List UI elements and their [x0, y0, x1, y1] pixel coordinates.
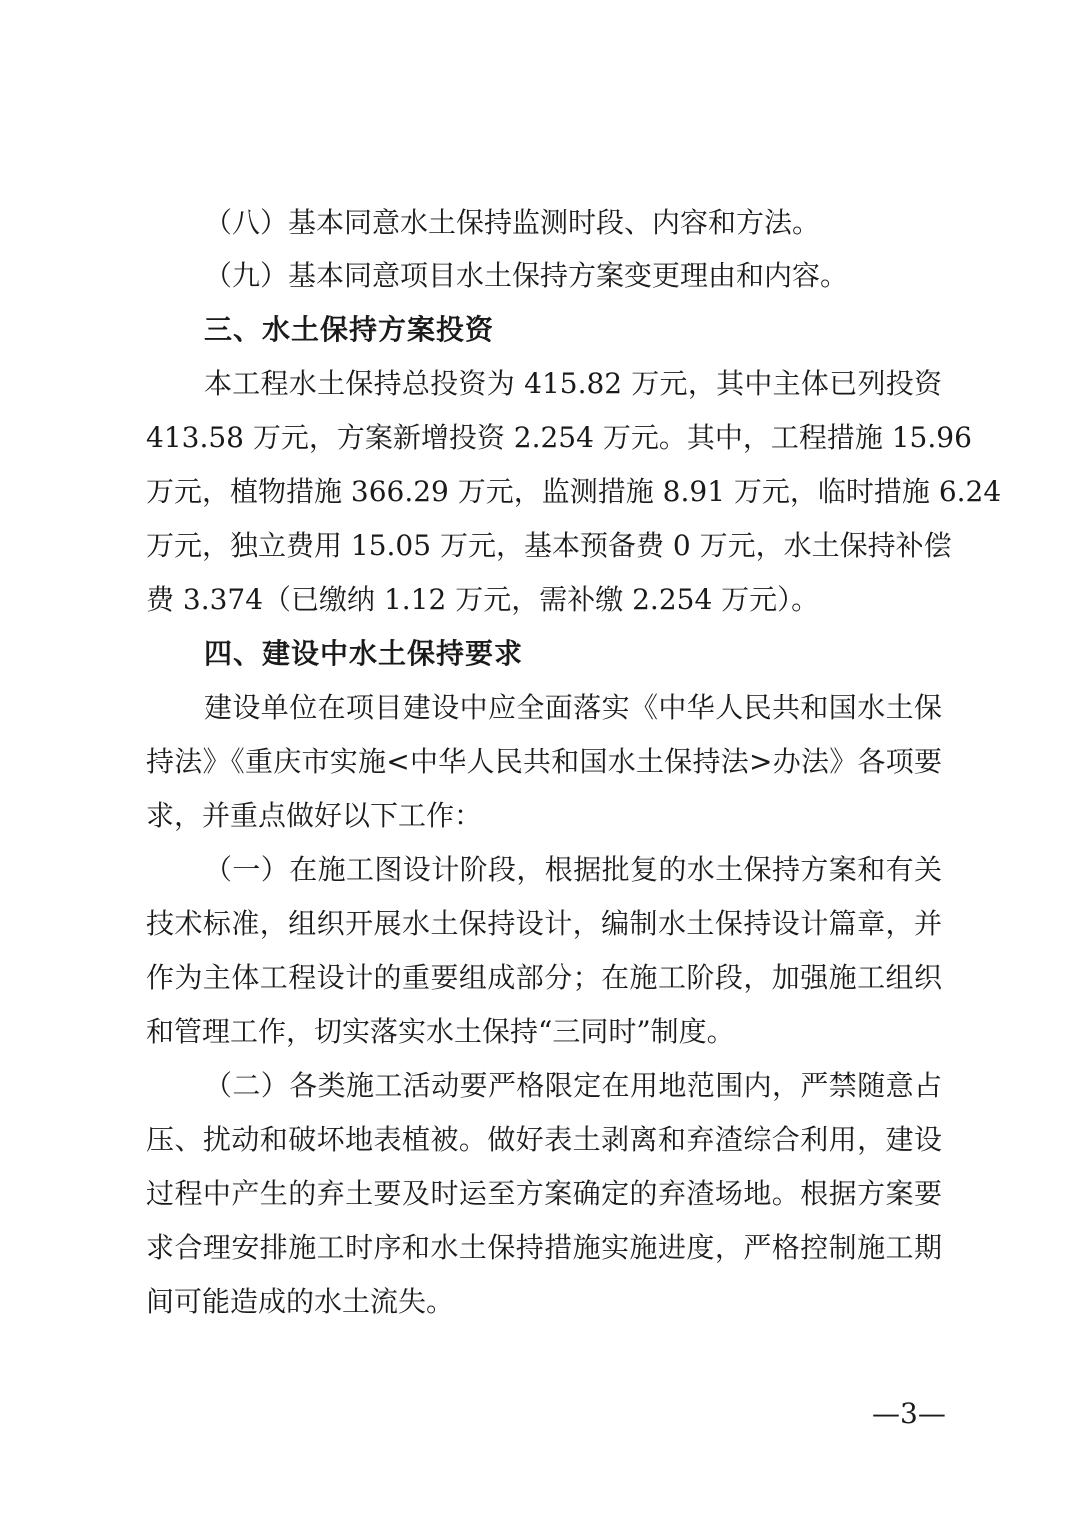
requirement-one-line: 作为主体工程设计的重要组成部分；在施工阶段，加强施工组织: [146, 958, 942, 998]
requirements-intro-line: 持法》《重庆市实施<中华人民共和国水土保持法>办法》各项要: [146, 742, 942, 782]
requirement-two-line: 过程中产生的弃土要及时运至方案确定的弃渣场地。根据方案要: [146, 1174, 942, 1214]
requirement-one-line: 技术标准，组织开展水土保持设计，编制水土保持设计篇章，并: [146, 904, 942, 944]
requirements-intro-line: 建设单位在项目建设中应全面落实《中华人民共和国水土保: [204, 688, 942, 728]
investment-paragraph-line: 本工程水土保持总投资为 415.82 万元，其中主体已列投资: [204, 364, 942, 404]
section-three-heading: 三、水土保持方案投资: [204, 310, 494, 350]
requirement-one-line: 和管理工作，切实落实水土保持“三同时”制度。: [146, 1012, 942, 1052]
page-number: —3—: [872, 1394, 946, 1434]
approval-item-nine: （九）基本同意项目水土保持方案变更理由和内容。: [204, 256, 942, 296]
requirement-two-line: 压、扰动和破坏地表植被。做好表土剥离和弃渣综合利用，建设: [146, 1120, 942, 1160]
requirement-two-line: 间可能造成的水土流失。: [146, 1282, 942, 1322]
requirement-one-line: （一）在施工图设计阶段，根据批复的水土保持方案和有关: [204, 850, 942, 890]
investment-paragraph-line: 万元，植物措施 366.29 万元，监测措施 8.91 万元，临时措施 6.24: [146, 472, 942, 512]
requirement-two-line: （二）各类施工活动要严格限定在用地范围内，严禁随意占: [204, 1066, 942, 1106]
investment-paragraph-line: 万元，独立费用 15.05 万元，基本预备费 0 万元，水土保持补偿: [146, 526, 942, 566]
requirements-intro-line: 求，并重点做好以下工作：: [146, 796, 942, 836]
requirement-two-line: 求合理安排施工时序和水土保持措施实施进度，严格控制施工期: [146, 1228, 942, 1268]
section-four-heading: 四、建设中水土保持要求: [204, 634, 523, 674]
investment-paragraph-line: 413.58 万元，方案新增投资 2.254 万元。其中，工程措施 15.96: [146, 418, 942, 458]
approval-item-eight: （八）基本同意水土保持监测时段、内容和方法。: [204, 203, 942, 243]
document-page: （八）基本同意水土保持监测时段、内容和方法。 （九）基本同意项目水土保持方案变更…: [0, 0, 1074, 1520]
investment-paragraph-line: 费 3.374（已缴纳 1.12 万元，需补缴 2.254 万元）。: [146, 580, 942, 620]
